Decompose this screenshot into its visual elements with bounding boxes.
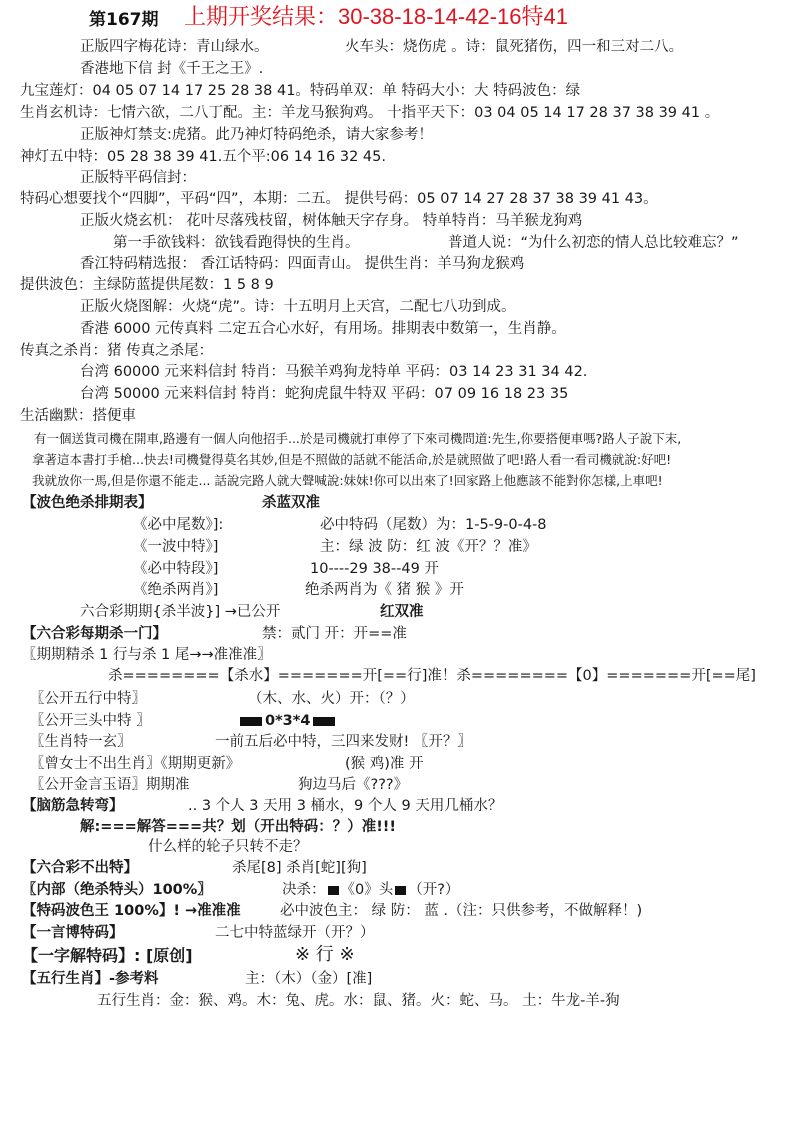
hk-letter: 香港地下信 封《千王之王》. bbox=[80, 60, 263, 78]
wave-table-title: 【波色绝杀排期表】 bbox=[22, 494, 153, 512]
three-head-digits: 0*3*4 bbox=[265, 713, 310, 729]
one-word-value: 二七中特蓝绿开（开？） bbox=[215, 924, 375, 942]
three-head-label: 〖公开三头中特 〗 bbox=[30, 712, 151, 730]
kill-door-label: 【六合彩每期杀一门】 bbox=[22, 625, 167, 643]
wave-row-value: 10----29 38--49 开 bbox=[310, 560, 439, 578]
special-wish: 特码心想要找个“四脚”，平码“四”，本期：二五。 提供号码：05 07 14 2… bbox=[20, 190, 658, 208]
wave-row-label: 《绝杀两肖》] bbox=[133, 581, 218, 599]
inner-value: 决杀：《0》头（开?） bbox=[282, 881, 459, 899]
wave-row-label: 《必中特段》] bbox=[133, 560, 218, 578]
wave-row-value: 主：绿 波 防：红 波《开？？准》 bbox=[320, 538, 537, 556]
humor-title: 生活幽默：搭便車 bbox=[20, 407, 136, 425]
nine-lotus: 九宝莲灯：04 05 07 14 17 25 28 38 41。特码单双：单 特… bbox=[20, 82, 580, 100]
inner-suffix: （开?） bbox=[408, 882, 459, 898]
zodiac-one-value: 一前五后必中特，三四来发财! 〖开？〗 bbox=[215, 733, 472, 751]
xiangjiang-report: 香江特码精选报： 香江话特码：四面青山。 提供生肖：羊马狗龙猴鸡 bbox=[80, 255, 524, 273]
lady-zodiac-value: (猴 鸡)准 开 bbox=[345, 755, 424, 773]
kill-door-value: 禁：贰门 开：开==准 bbox=[262, 625, 407, 643]
golden-words-label: 〖公开金言玉语〗期期准 bbox=[30, 776, 190, 794]
riddle-label: 【脑筋急转弯】 bbox=[22, 797, 124, 815]
fire-diagram: 正版火烧图解：火烧“虎”。诗：十五明月上天宫，二配七八功到成。 bbox=[80, 298, 516, 316]
wuxing-label: 【五行生肖】-参考料 bbox=[22, 970, 159, 988]
first-hand: 第一手欲钱料：欲钱看跑得快的生肖。 bbox=[113, 234, 360, 252]
issue-number: 第167期 bbox=[89, 11, 159, 29]
no-special-label: 【六合彩不出特】 bbox=[22, 859, 138, 877]
three-head-value: 0*3*4 bbox=[240, 712, 338, 730]
riddle-two: 什么样的轮子只转不走？ bbox=[148, 838, 308, 856]
fax-kill: 传真之杀肖：猪 传真之杀尾： bbox=[20, 342, 213, 360]
five-elements-value: （木、水、火）开：（？） bbox=[248, 690, 415, 708]
taiwan-50000: 台湾 50000 元来料信封 特肖：蛇狗虎鼠牛特双 平码：07 09 16 18… bbox=[80, 385, 568, 403]
five-elements-label: 〖公开五行中特〗 bbox=[30, 690, 146, 708]
taoist-saying: 普道人说：“为什么初恋的情人总比较难忘？” bbox=[448, 234, 739, 252]
wave-king-label: 【特码波色王 100%】! →准准准 bbox=[22, 902, 241, 920]
riddle-answer: 解:===解答===共？划（开出特码：？）准!!! bbox=[80, 818, 396, 836]
wave-table-headline: 杀蓝双准 bbox=[262, 494, 320, 512]
golden-words-value: 狗边马后《???》 bbox=[298, 776, 408, 794]
plum-poem: 正版四字梅花诗：青山绿水。 bbox=[80, 38, 269, 56]
wave-offer: 提供波色：主绿防蓝提供尾数：1 5 8 9 bbox=[20, 276, 274, 294]
block-icon bbox=[240, 717, 262, 726]
joke-line-3: 我就放你一馬,但是你還不能走... 話說完路人就大聲喊說:妹妹!你可以出來了!回… bbox=[32, 472, 663, 490]
wave-row-value: 必中特码（尾数）为：1-5-9-0-4-8 bbox=[320, 516, 547, 534]
joke-line-2: 拿著這本書打手槍...快去!司機覺得莫名其妙,但是不照做的話就不能活命,於是就照… bbox=[32, 451, 671, 469]
zodiac-poem: 生肖玄机诗：七情六欲，二八丁配。主：羊龙马猴狗鸡。 十指平天下：03 04 05… bbox=[20, 104, 719, 122]
inner-mid: 《0》头 bbox=[341, 882, 394, 898]
char-decode-value: ※ 行 ※ bbox=[295, 946, 355, 964]
fire-mystery: 正版火烧玄机： 花叶尽落残枝留，树体触天字存身。 特单特肖：马羊猴龙狗鸡 bbox=[80, 212, 582, 230]
lamp-ban: 正版神灯禁支:虎猪。此乃神灯特码绝杀，请大家参考！ bbox=[80, 126, 433, 144]
train-head: 火车头：烧伤虎 。诗：鼠死猪伤，四一和三对二八。 bbox=[345, 38, 683, 56]
inner-prefix: 决杀： bbox=[282, 882, 326, 898]
kill-line-value: 杀========【杀水】=======开[==行]准！杀========【0】… bbox=[108, 667, 756, 685]
zodiac-one-label: 〖生肖特一玄〗 bbox=[30, 733, 132, 751]
riddle-question: .. 3 个人 3 天用 3 桶水，9 个人 9 天用几桶水？ bbox=[188, 797, 502, 815]
kill-line-label: 〖期期精杀 1 行与杀 1 尾→→准准准〗 bbox=[22, 646, 272, 664]
wuxing-list: 五行生肖：金：猴、鸡。木：兔、虎。水：鼠、猪。火：蛇、马。 土：牛龙-羊-狗 bbox=[97, 992, 620, 1010]
lady-zodiac-label: 〖曾女士不出生肖〗《期期更新》 bbox=[30, 755, 240, 773]
char-decode-label: 【一字解特码】: [原创] bbox=[22, 947, 193, 965]
no-special-value: 杀尾[8] 杀肖[蛇][狗] bbox=[232, 859, 367, 877]
block-icon bbox=[395, 886, 406, 895]
inner-label: 〖内部（绝杀特头）100%〗 bbox=[22, 881, 212, 899]
lamp-five: 神灯五中特：05 28 38 39 41.五个平:06 14 16 32 45. bbox=[20, 148, 386, 166]
hk-fax: 香港 6000 元传真料 二定五合心水好，有用场。排期表中数第一，生肖静。 bbox=[80, 320, 566, 338]
half-wave: 六合彩期期{杀半波}] →已公开 bbox=[80, 603, 280, 621]
joke-line-1: 有一個送貨司機在開車,路邊有一個人向他招手...於是司機就打車停了下來司機問道:… bbox=[34, 430, 681, 448]
wave-row-value: 绝杀两肖为《 猪 猴 》开 bbox=[305, 581, 464, 599]
block-icon bbox=[313, 717, 335, 726]
block-icon bbox=[328, 886, 339, 895]
envelope-title: 正版特平码信封： bbox=[80, 169, 196, 187]
wave-row-label: 《一波中特》] bbox=[133, 538, 218, 556]
wuxing-value: 主：（木）（金）[准] bbox=[245, 970, 372, 988]
wave-row-label: 《必中尾数》]: bbox=[133, 516, 223, 534]
wave-king-value: 必中波色主： 绿 防： 蓝 .（注：只供参考，不做解释！) bbox=[280, 902, 642, 920]
taiwan-60000: 台湾 60000 元来料信封 特肖：马猴羊鸡狗龙特单 平码：03 14 23 3… bbox=[80, 363, 587, 381]
half-wave-result: 红双准 bbox=[380, 603, 424, 621]
one-word-label: 【一言博特码】 bbox=[22, 924, 124, 942]
last-draw-result: 上期开奖结果：30-38-18-14-42-16特41 bbox=[184, 8, 568, 26]
